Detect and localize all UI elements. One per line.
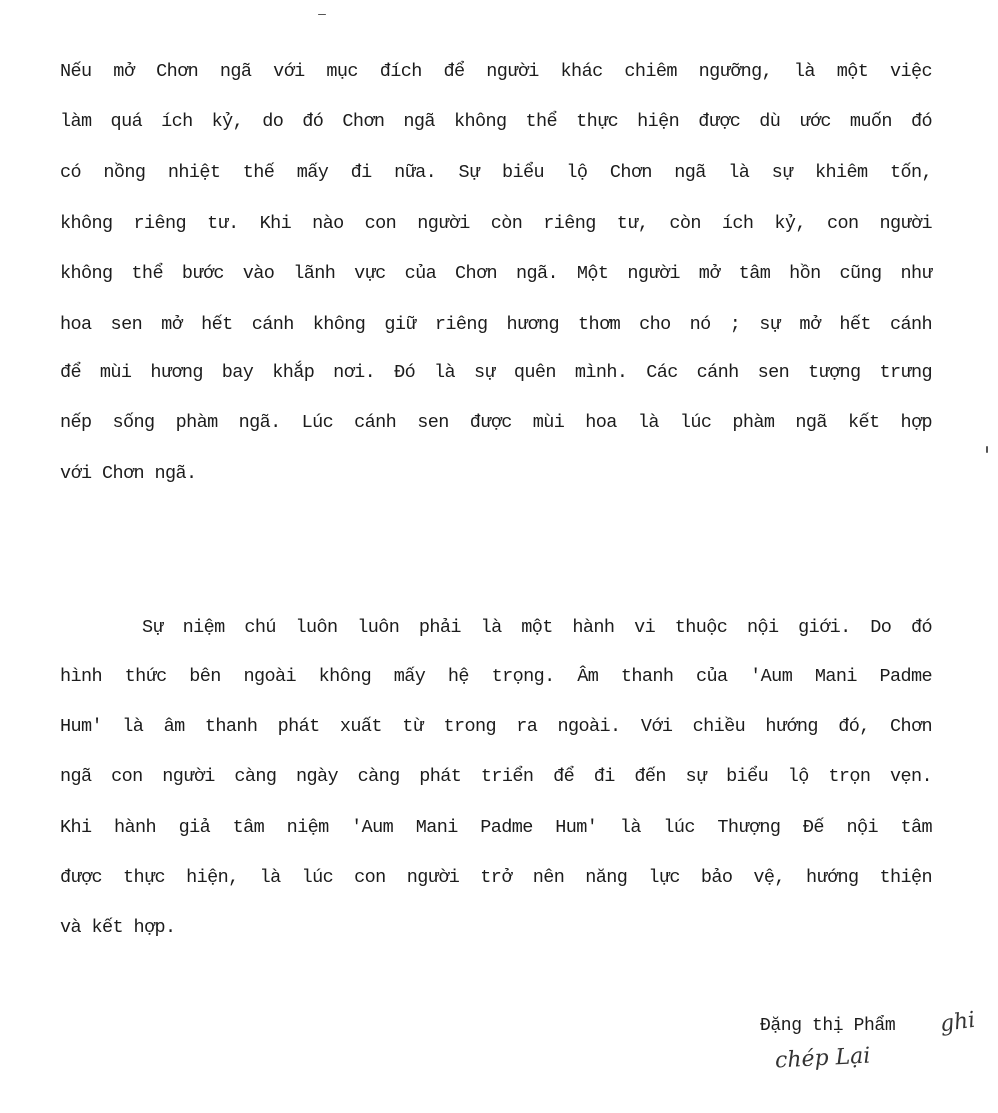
paragraph-2-line: được thực hiện, là lúc con người trở nên… bbox=[60, 866, 932, 890]
paragraph-1-line: hoa sen mở hết cánh không giữ riêng hươn… bbox=[60, 313, 932, 337]
paragraph-2-line: hình thức bên ngoài không mấy hệ trọng. … bbox=[60, 665, 932, 689]
paragraph-1-line: có nồng nhiệt thế mấy đi nữa. Sự biểu lộ… bbox=[60, 161, 932, 185]
handwritten-annotation: ghi bbox=[938, 1008, 976, 1038]
paragraph-1-line: để mùi hương bay khắp nơi. Đó là sự quên… bbox=[60, 361, 932, 385]
scan-speck bbox=[318, 14, 326, 15]
signature-name: Đặng thị Phẩm bbox=[760, 1016, 895, 1036]
paragraph-1-line: Nếu mở Chơn ngã với mục đích để người kh… bbox=[60, 60, 932, 84]
paragraph-1-line: nếp sống phàm ngã. Lúc cánh sen được mùi… bbox=[60, 411, 932, 435]
paragraph-1-line: với Chơn ngã. bbox=[60, 462, 197, 486]
paragraph-2-line: Hum' là âm thanh phát xuất từ trong ra n… bbox=[60, 715, 932, 739]
paragraph-1-line: không thể bước vào lãnh vực của Chơn ngã… bbox=[60, 262, 932, 286]
paragraph-1-line: không riêng tư. Khi nào con người còn ri… bbox=[60, 212, 932, 236]
handwritten-annotation: chép Lại bbox=[774, 1044, 871, 1074]
paragraph-2-line: Khi hành giả tâm niệm 'Aum Mani Padme Hu… bbox=[60, 816, 932, 840]
paragraph-2-line: Sự niệm chú luôn luôn phải là một hành v… bbox=[142, 616, 932, 640]
paragraph-2-line: ngã con người càng ngày càng phát triển … bbox=[60, 765, 932, 789]
paragraph-1-line: làm quá ích kỷ, do đó Chơn ngã không thể… bbox=[60, 110, 932, 134]
scan-speck bbox=[986, 446, 988, 453]
typewritten-page: Nếu mở Chơn ngã với mục đích để người kh… bbox=[0, 0, 998, 1113]
paragraph-2-line: và kết hợp. bbox=[60, 916, 176, 940]
